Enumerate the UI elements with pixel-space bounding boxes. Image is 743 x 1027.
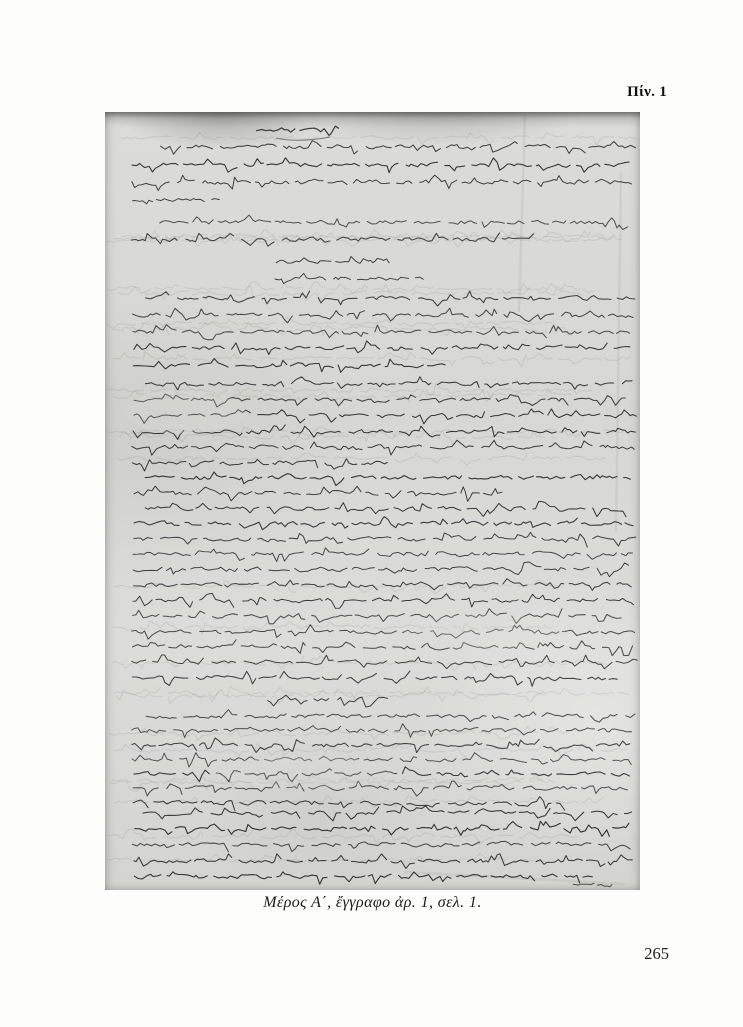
book-page: Πίν. 1 Μέρος Α΄, ἔγγραφο ἀρ. 1, σελ. 1. … bbox=[0, 0, 743, 1027]
page-number: 265 bbox=[644, 944, 669, 964]
manuscript-handwriting-rendering bbox=[105, 112, 640, 890]
manuscript-facsimile bbox=[105, 112, 640, 890]
figure-caption: Μέρος Α΄, ἔγγραφο ἀρ. 1, σελ. 1. bbox=[105, 894, 640, 912]
plate-label: Πίν. 1 bbox=[627, 84, 667, 101]
